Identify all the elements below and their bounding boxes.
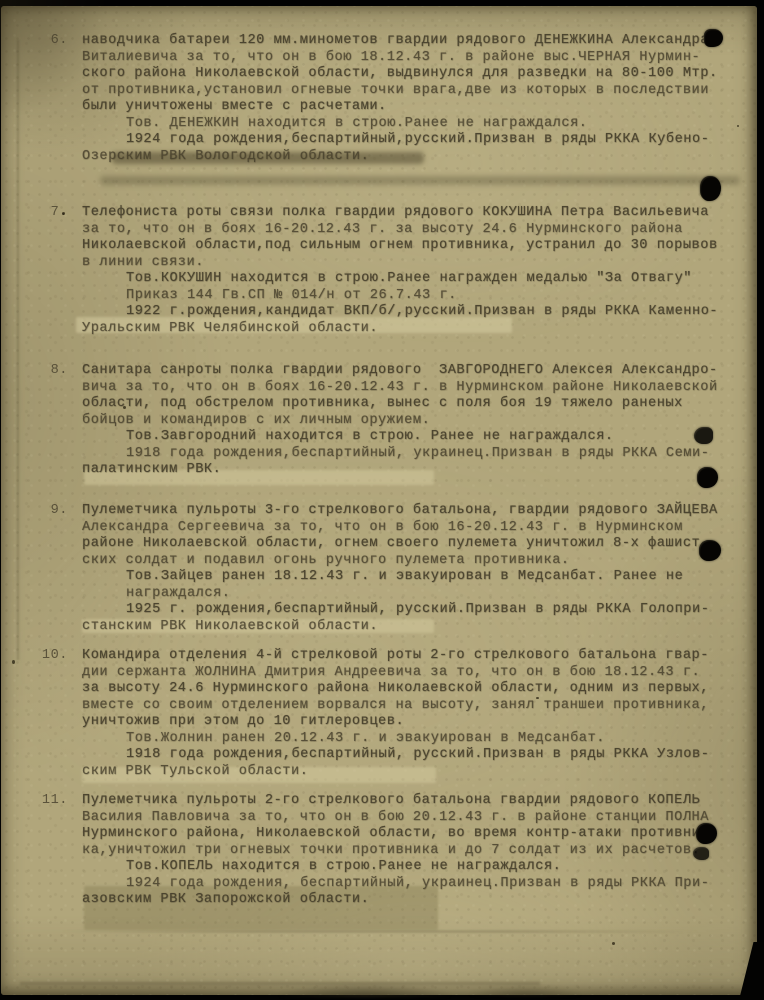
text-line: вича за то, что он в боях 16-20.12.43 г.… [82,380,764,397]
text-line: Тов.КОКУШИН находится в строю.Ранее нагр… [82,271,764,288]
paragraph-lines: Телефониста роты связи полка гвардии ряд… [82,205,764,337]
text-line: азовским РВК Запорожской области. [82,892,764,909]
paragraph-number: 11. [26,793,68,808]
text-line: 1924 года рождения, беспартийный, украин… [82,876,764,893]
text-line: от противника,установил огневые точки вр… [82,83,764,100]
text-line: 1924 года рождения,беспартийный,русский.… [82,132,764,149]
award-paragraph: 9.Пулеметчика пульроты 3-го стрелкового … [0,503,764,635]
text-line: уничтожив при этом до 10 гитлеровцев. [82,714,764,731]
text-line: ского района Николаевской области, выдви… [82,66,764,83]
paper-speck [737,125,739,127]
paper-speck [62,212,65,215]
text-line: Николаевской области,под сильным огнем п… [82,238,764,255]
text-line: 1922 г.рождения,кандидат ВКП/б/,русский.… [82,304,764,321]
award-paragraph: 11.Пулеметчика пульроты 2-го стрелкового… [0,793,764,909]
text-line: Виталиевича за то, что он в бою 18.12.43… [82,50,764,67]
text-line: палатинским РВК. [82,462,764,479]
text-line: Нурминского района, Николаевской области… [82,826,764,843]
text-line: Василия Павловича за то, что он в бою 20… [82,810,764,827]
text-line: ским РВК Тульской области. [82,764,764,781]
paragraph-number: 10. [26,648,68,663]
text-line: Санитара санроты полка гвардии рядового … [82,363,764,380]
paper-speck [612,942,615,945]
paragraph-number: 9. [26,503,68,518]
text-line: Тов.КОПЕЛЬ находится в строю.Ранее не на… [82,859,764,876]
paragraph-number: 8. [26,363,68,378]
text-line: ских солдат и подавил огонь ручного пуле… [82,553,764,570]
award-paragraph: 8.Санитара санроты полка гвардии рядовог… [0,363,764,479]
hole-punch [694,427,713,444]
text-line: Озерским РВК Вологодской области. [82,149,764,166]
text-line: Тов.Зайцев ранен 18.12.43 г. и эвакуиров… [82,569,764,586]
scanned-document-screenshot: { "page": { "background_color": "#020202… [0,0,764,1000]
text-line: 1918 года рождения,беспартийный, русский… [82,747,764,764]
text-line: в линии связи. [82,255,764,272]
text-line: Приказ 144 Гв.СП № 014/н от 26.7.43 г. [82,288,764,305]
text-line: районе Николаевской области, огнем своег… [82,536,764,553]
text-line: вместе со своим отделением ворвался на в… [82,698,764,715]
text-line: Александра Сергеевича за то, что он в бо… [82,520,764,537]
text-line: области, под обстрелом противника, вынес… [82,396,764,413]
text-line: 1925 г. рождения,беспартийный, русский.П… [82,602,764,619]
hole-punch [693,847,709,860]
text-line: были уничтожены вместе с расчетами. [82,99,764,116]
award-paragraph: 7.Телефониста роты связи полка гвардии р… [0,205,764,337]
text-line: Телефониста роты связи полка гвардии ряд… [82,205,764,222]
text-line: станским РВК Николаевской области. [82,619,764,636]
paper-speck [123,406,126,409]
paper-speck [12,660,15,664]
award-paragraph: 6.наводчика батареи 120 мм.минометов гва… [0,33,764,165]
text-line: 1918 года рождения,беспартийный, украине… [82,446,764,463]
text-line: бойцов и командиров с их личным оружием. [82,413,764,430]
paragraph-lines: Командира отделения 4-й стрелковой роты … [82,648,764,780]
text-line: награждался. [82,586,764,603]
hole-punch [704,29,723,47]
paragraph-number: 6. [26,33,68,48]
text-line: Командира отделения 4-й стрелковой роты … [82,648,764,665]
text-line: наводчика батареи 120 мм.минометов гвард… [82,33,764,50]
award-paragraph: 10.Командира отделения 4-й стрелковой ро… [0,648,764,780]
text-line: Пулеметчика пульроты 2-го стрелкового ба… [82,793,764,810]
text-line: Тов.Завгородний находится в строю. Ранее… [82,429,764,446]
text-line: Тов. ДЕНЕЖКИН находится в строю.Ранее не… [82,116,764,133]
text-line: за то, что он в боях 16-20.12.43 г. за в… [82,222,764,239]
text-line: Тов.Жолнин ранен 20.12.43 г. и эвакуиров… [82,731,764,748]
text-line: ка,уничтожил три огневых точки противник… [82,843,764,860]
paper-speck [536,697,539,699]
paragraph-lines: Санитара санроты полка гвардии рядового … [82,363,764,479]
text-line: Пулеметчика пульроты 3-го стрелкового ба… [82,503,764,520]
text-line: дии сержанта ЖОЛНИНА Дмитрия Андреевича … [82,665,764,682]
paragraph-lines: Пулеметчика пульроты 3-го стрелкового ба… [82,503,764,635]
text-layer: 6.наводчика батареи 120 мм.минометов гва… [0,0,764,1000]
paragraph-lines: наводчика батареи 120 мм.минометов гвард… [82,33,764,165]
paragraph-lines: Пулеметчика пульроты 2-го стрелкового ба… [82,793,764,909]
text-line: Уральским РВК Челябинской области. [82,321,764,338]
text-line: за высоту 24.6 Нурминского района Никола… [82,681,764,698]
